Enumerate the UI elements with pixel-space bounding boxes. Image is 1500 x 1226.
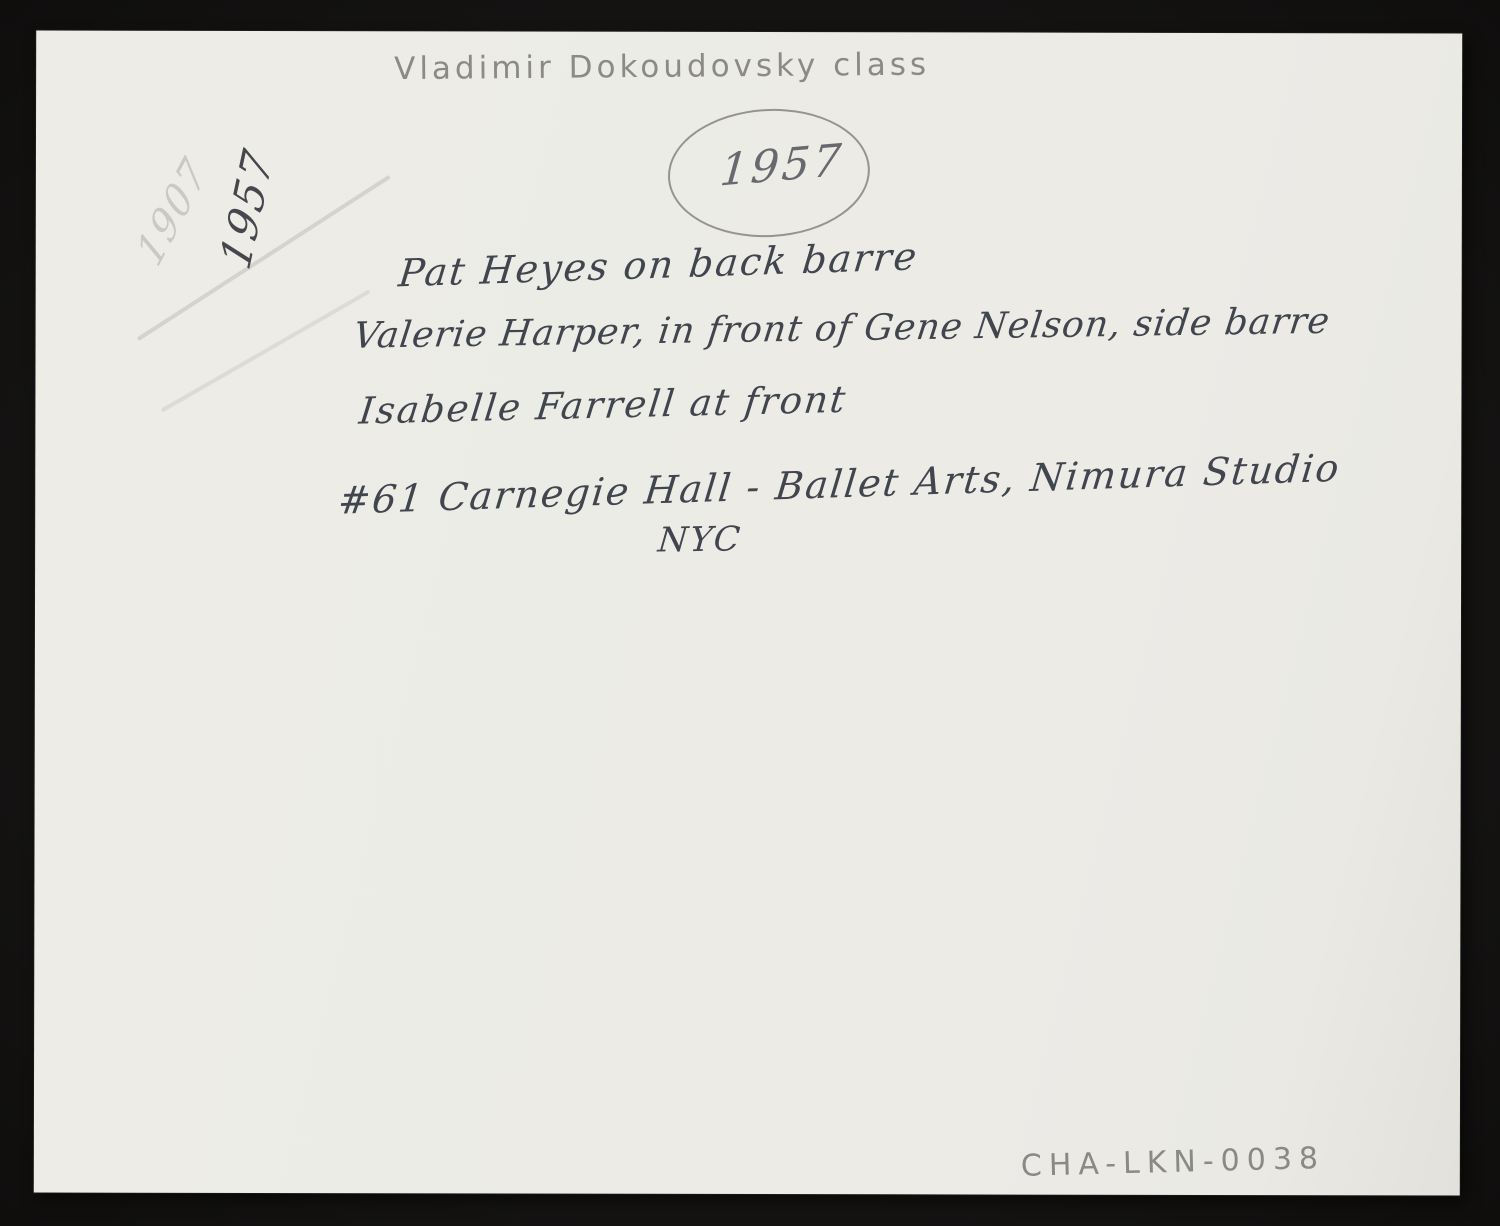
eraser-smudge bbox=[161, 289, 371, 412]
photo-back-paper: 1907 1957 Vladimir Dokoudovsky class 195… bbox=[34, 31, 1462, 1196]
side-year-ink: 1957 bbox=[211, 139, 284, 279]
circled-year: 1957 bbox=[718, 135, 846, 197]
caption-line-3: Isabelle Farrell at front bbox=[357, 378, 849, 433]
caption-line-1: Pat Heyes on back barre bbox=[397, 234, 921, 295]
catalog-number: CHA-LKN-0038 bbox=[1020, 1141, 1325, 1184]
caption-line-4: #61 Carnegie Hall - Ballet Arts, Nimura … bbox=[336, 446, 1343, 523]
caption-line-5: NYC bbox=[656, 519, 743, 560]
header-caption: Vladimir Dokoudovsky class bbox=[394, 47, 930, 87]
caption-line-2: Valerie Harper, in front of Gene Nelson,… bbox=[351, 301, 1332, 357]
side-year-pencil-faint: 1907 bbox=[123, 138, 222, 286]
scan-background: 1907 1957 Vladimir Dokoudovsky class 195… bbox=[0, 0, 1500, 1226]
